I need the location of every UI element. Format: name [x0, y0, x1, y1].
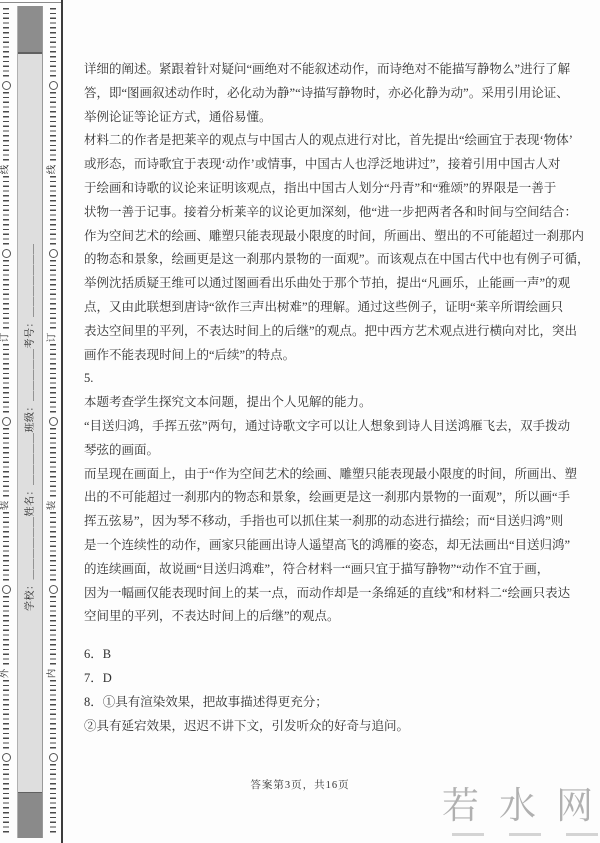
- content-line: 6．B: [84, 643, 596, 667]
- content-line: 琴弦的画面。: [84, 439, 596, 463]
- content-line: 点，又由此联想到唐诗“欲作三声出树难”的理解。通过这些例子，证明“莱辛所谓绘画只: [84, 296, 596, 320]
- binding-hole-circle: [49, 81, 58, 90]
- binding-dash: [50, 512, 56, 583]
- binding-dash: [3, 680, 9, 751]
- binding-label-char: 线: [47, 165, 58, 175]
- binding-dash: [3, 260, 9, 331]
- content-line: 是一个连续性的动作，画家只能画出诗人遥望高飞的鸿雁的姿态，却无法画出“目送归鸿”: [84, 534, 596, 558]
- watermark-subtext-bar: [566, 833, 598, 836]
- binding-dash: [3, 512, 9, 583]
- binding-dash: [3, 8, 9, 79]
- binding-hole-circle: [2, 585, 11, 594]
- binding-dash: [3, 764, 9, 835]
- content-line: 于绘画和诗歌的议论来证明该观点，指出中国古人划分“丹青”和“雅颂”的界限是一善于: [84, 177, 596, 201]
- binding-hole-circle: [49, 417, 58, 426]
- content-line: 空间里的平列，不表达时间上的后继”的观点。: [84, 605, 596, 629]
- binding-hole-circle: [49, 753, 58, 762]
- content-line: 答，即“图画叙述动作时，必化动为静”“诗描写静物时，亦必化静为动”。采用引用论证…: [84, 82, 596, 106]
- binding-label-char: 装: [0, 501, 11, 511]
- binding-hole-circle: [2, 753, 11, 762]
- content-line: 作为空间艺术的绘画、雕塑只能表现最小限度的时间，所画出、塑出的不可能超过一刹那内: [84, 225, 596, 249]
- binding-label-char: 装: [47, 501, 58, 511]
- content-line: 详细的阐述。紧跟着针对疑问“画绝对不能叙述动作，而诗绝对不能描写静物么”进行了解: [84, 58, 596, 82]
- content-line: 表达空间里的平列，不表达时间上的后继”的观点。把中西方艺术观点进行横向对比，突出: [84, 320, 596, 344]
- binding-hole-circle: [2, 81, 11, 90]
- watermark-subtext-bar: [509, 833, 541, 836]
- content-line: 举例沈括质疑王维可以通过图画看出乐曲处于那个节拍，提出“凡画乐，止能画一声”的观: [84, 272, 596, 296]
- answer-content: 详细的阐述。紧跟着针对疑问“画绝对不能叙述动作，而诗绝对不能描写静物么”进行了解…: [84, 58, 596, 738]
- content-line: 出的不可能超过一刹那内的物态和景象，绘画更是这一刹那内景物的一面观”，所以画“手: [84, 486, 596, 510]
- binding-dash: [3, 92, 9, 163]
- binding-hole-circle: [2, 249, 11, 258]
- content-line: 挥五弦易”，因为琴不移动，手指也可以抓住某一刹那的动态进行描绘；而“目送归鸿”则: [84, 510, 596, 534]
- content-line: [84, 629, 596, 643]
- watermark-subtext-bars: [452, 833, 598, 836]
- binding-dash: [50, 260, 56, 331]
- binding-dash: [3, 176, 9, 247]
- content-line: 状物一善于记事。接着分析莱辛的议论更加深刻，他“进一步把两者各和时间与空间结合：: [84, 201, 596, 225]
- binding-label-char: 内: [47, 669, 58, 679]
- binding-dash: [50, 344, 56, 415]
- student-info-fields: 学校：＿＿＿＿＿＿姓名：＿＿＿＿＿班级：＿＿＿＿＿考号：＿＿＿＿＿＿＿: [19, 36, 43, 806]
- binding-label-char: 订: [0, 333, 11, 343]
- binding-dash: [3, 344, 9, 415]
- content-line: 7．D: [84, 667, 596, 691]
- binding-label-char: 外: [0, 669, 11, 679]
- binding-label-char: 线: [0, 165, 11, 175]
- binding-dash: [50, 428, 56, 499]
- binding-line-inner: 线订装内: [47, 8, 59, 835]
- content-line: 材料二的作者是把莱辛的观点与中国古人的观点进行对比，首先提出“绘画宜于表现‘物体…: [84, 129, 596, 153]
- binding-dash: [50, 680, 56, 751]
- binding-dash: [50, 596, 56, 667]
- binding-line-outer: 线订装外: [0, 8, 12, 835]
- content-line: 本题考查学生探究文本问题，提出个人见解的能力。: [84, 391, 596, 415]
- binding-hole-circle: [49, 249, 58, 258]
- binding-separator-line: [61, 0, 63, 843]
- binding-dash: [3, 428, 9, 499]
- content-line: 因为一幅画仅能表现时间上的某一点，而动作却是一条绵延的直线”和材料二“绘画只表达: [84, 582, 596, 606]
- watermark-subtext-bar: [452, 833, 484, 836]
- exam-answer-page: 线订装外 学校：＿＿＿＿＿＿姓名：＿＿＿＿＿班级：＿＿＿＿＿考号：＿＿＿＿＿＿＿…: [0, 0, 600, 843]
- content-line: 画作不能表现时间上的“后续”的特点。: [84, 344, 596, 368]
- page-top-edge-line: [0, 2, 61, 3]
- content-line: 或形态，而诗歌宜于表现‘动作’或情事，中国古人也浮泛地讲过”，接着引用中国古人对: [84, 153, 596, 177]
- content-line: 8．①具有渲染效果，把故事描述得更充分；: [84, 691, 596, 715]
- binding-label-char: 订: [47, 333, 58, 343]
- content-line: ②具有延宕效果，迟迟不讲下文，引发听众的好奇与追问。: [84, 715, 596, 739]
- content-line: 的物态和景象，绘画更是这一刹那内景物的一面观”。而该观点在中国古代中也有例子可循…: [84, 248, 596, 272]
- content-line: 而呈现在画面上，由于“作为空间艺术的绘画、雕塑只能表现最小限度的时间，所画出、塑: [84, 463, 596, 487]
- binding-hole-circle: [49, 585, 58, 594]
- content-line: “目送归鸿，手挥五弦”两句，通过诗歌文字可以让人想象到诗人目送鸿雁飞去，双手拨动: [84, 415, 596, 439]
- content-line: 举例论证等论证方式，通俗易懂。: [84, 106, 596, 130]
- content-line: 5.: [84, 367, 596, 391]
- binding-dash: [50, 8, 56, 79]
- binding-dash: [50, 764, 56, 835]
- content-line: 的连续画面，故说画“目送归鸿难”，符合材料一“画只宜于描写静物”“动作不宜于画，: [84, 558, 596, 582]
- binding-dash: [50, 92, 56, 163]
- binding-dash: [50, 176, 56, 247]
- binding-hole-circle: [2, 417, 11, 426]
- binding-dash: [3, 596, 9, 667]
- watermark-text: 若水网: [442, 786, 600, 826]
